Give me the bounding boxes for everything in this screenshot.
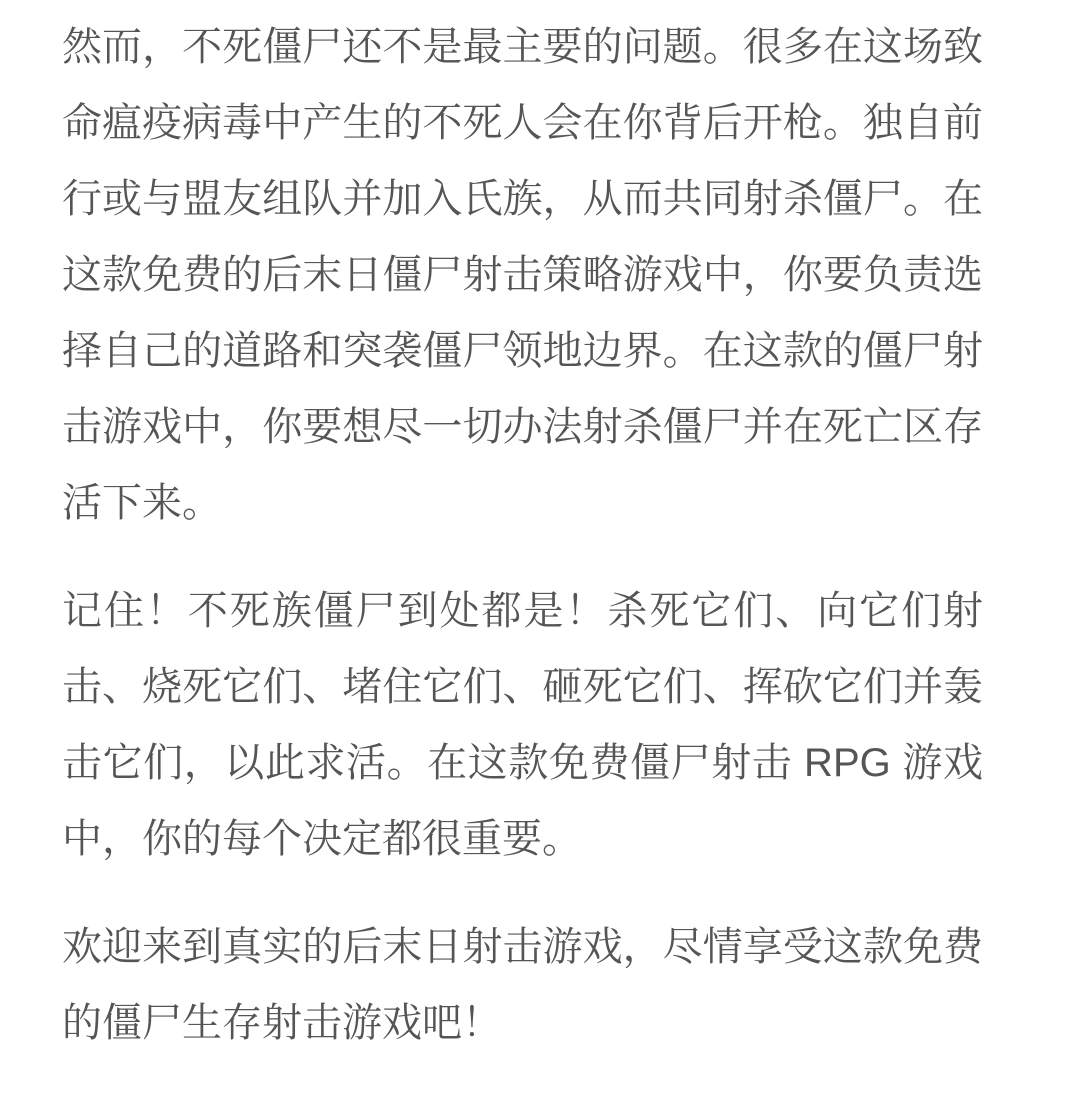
game-description-text: 然而，不死僵尸还不是最主要的问题。很多在这场致命瘟疫病毒中产生的不死人会在你背后… <box>62 9 983 1061</box>
description-paragraph-1: 然而，不死僵尸还不是最主要的问题。很多在这场致命瘟疫病毒中产生的不死人会在你背后… <box>62 9 983 541</box>
description-paragraph-3: 欢迎来到真实的后末日射击游戏，尽情享受这款免费的僵尸生存射击游戏吧！ <box>62 909 983 1061</box>
page: 然而，不死僵尸还不是最主要的问题。很多在这场致命瘟疫病毒中产生的不死人会在你背后… <box>0 0 1080 1109</box>
description-paragraph-2: 记住！不死族僵尸到处都是！杀死它们、向它们射击、烧死它们、堵住它们、砸死它们、挥… <box>62 573 983 877</box>
